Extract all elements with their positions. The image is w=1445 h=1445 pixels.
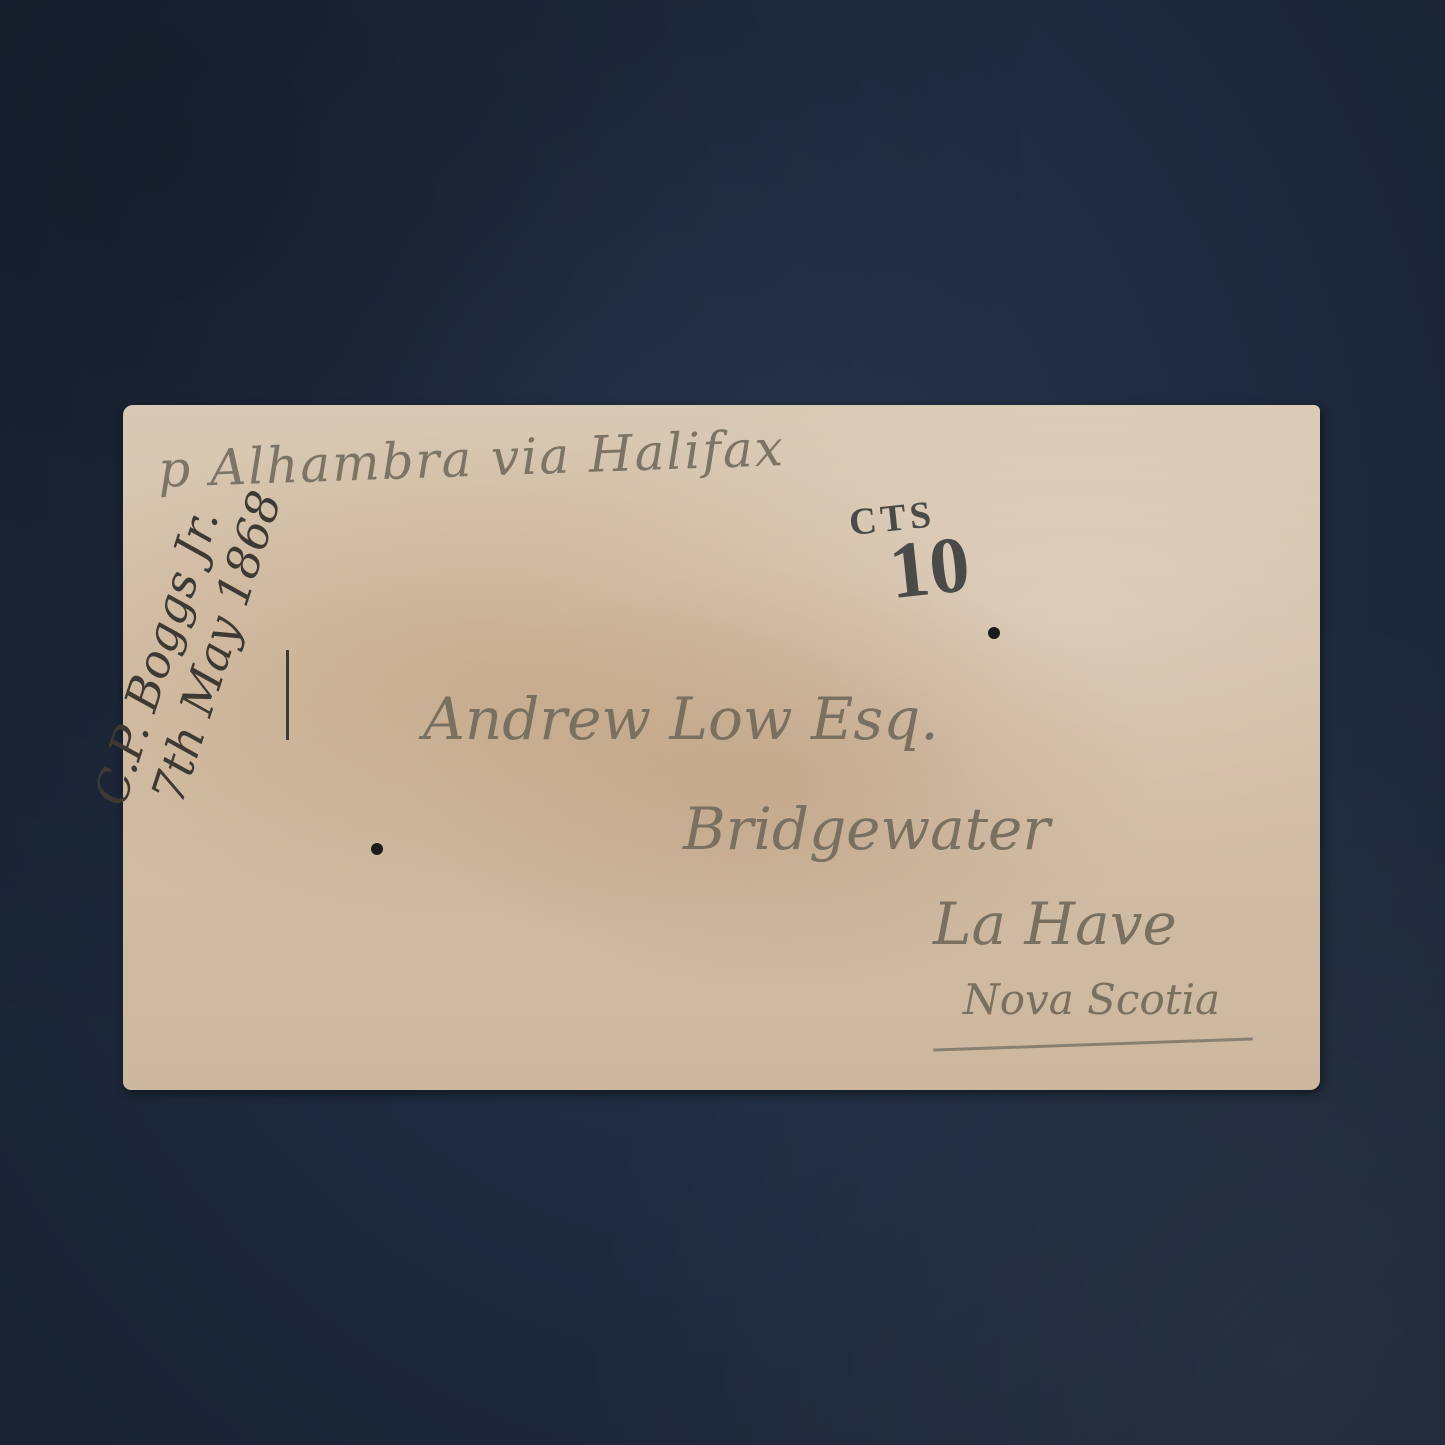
pin-hole bbox=[988, 627, 1000, 639]
addressee-region: Nova Scotia bbox=[963, 975, 1220, 1024]
address-flourish bbox=[933, 1037, 1253, 1051]
postal-cover: p Alhambra via Halifax CTS 10 C.P. Boggs… bbox=[123, 405, 1320, 1090]
addressee-name: Andrew Low Esq. bbox=[423, 685, 939, 753]
rate-value: 10 bbox=[885, 519, 974, 618]
pin-hole bbox=[371, 843, 383, 855]
addressee-town: Bridgewater bbox=[683, 795, 1050, 863]
docket-underline bbox=[286, 650, 289, 740]
addressee-place: La Have bbox=[933, 890, 1177, 958]
rate-handstamp: CTS 10 bbox=[847, 489, 974, 621]
